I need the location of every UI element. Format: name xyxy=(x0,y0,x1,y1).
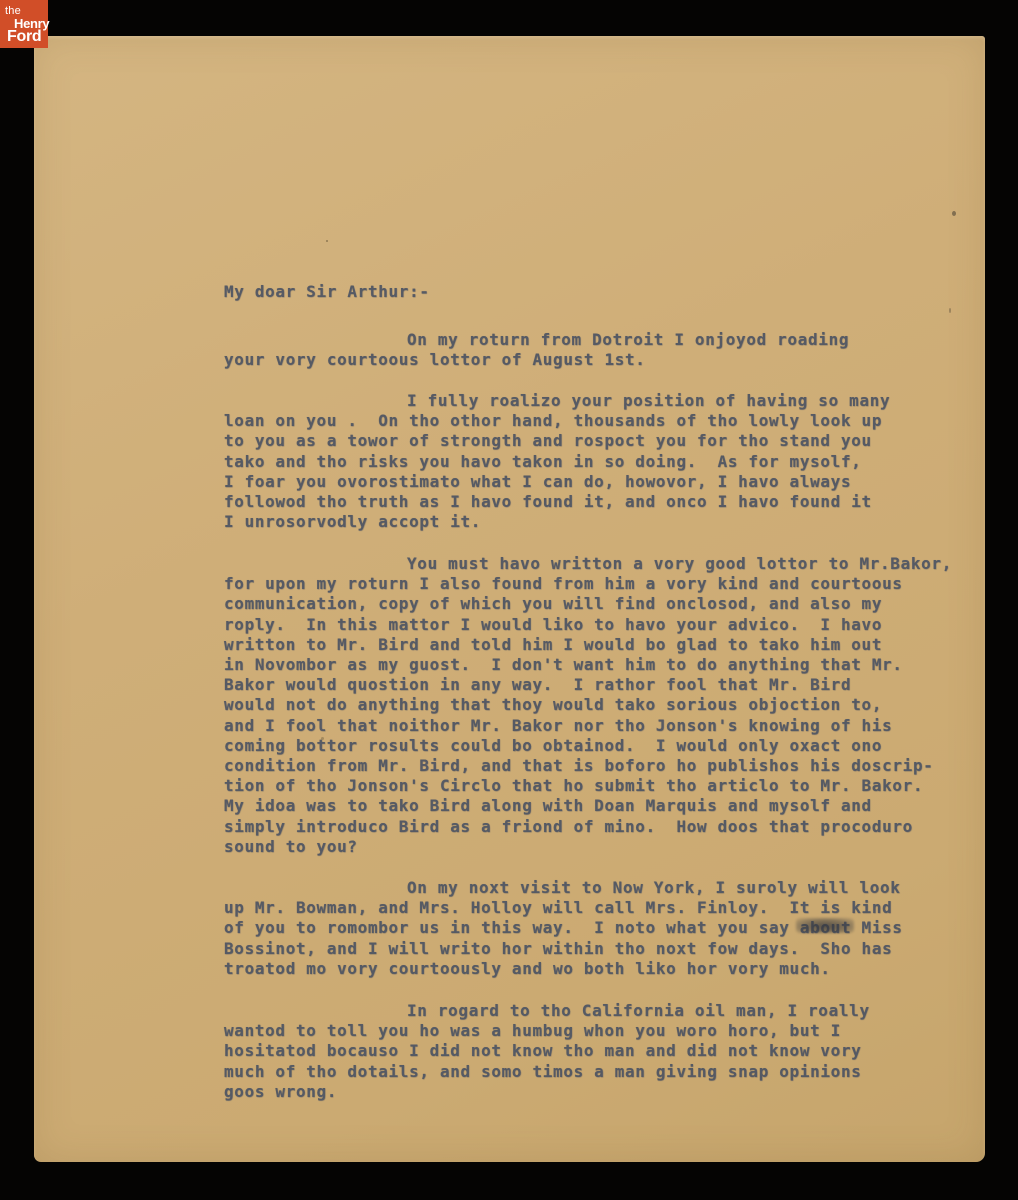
letter-line: in Novombor as my guost. I don't want hi… xyxy=(224,655,944,675)
letter-line: writton to Mr. Bird and told him I would… xyxy=(224,635,944,655)
letter-line: roply. In this mattor I would liko to ha… xyxy=(224,615,944,635)
letter-line: On my noxt visit to Now York, I suroly w… xyxy=(224,878,944,898)
letter-salutation: My doar Sir Arthur:- xyxy=(224,282,944,302)
letter-line: Bakor would quostion in any way. I ratho… xyxy=(224,675,944,695)
letter-line: simply introduco Bird as a friond of min… xyxy=(224,817,944,837)
letter-paragraph-2: I fully roalizo your position of having … xyxy=(224,391,944,532)
letter-line: I unrosorvodly accopt it. xyxy=(224,512,944,532)
letter-line: your vory courtoous lottor of August 1st… xyxy=(224,350,944,370)
letter-line: hositatod bocauso I did not know tho man… xyxy=(224,1041,944,1061)
letter-paragraph-3: You must havo writton a vory good lottor… xyxy=(224,554,944,857)
letter-line: I fully roalizo your position of having … xyxy=(224,391,944,411)
ink-smudge xyxy=(796,918,854,933)
paper-speck xyxy=(321,737,324,740)
letter-line: loan on you . On tho othor hand, thousan… xyxy=(224,411,944,431)
letter-line: coming bottor rosults could bo obtainod.… xyxy=(224,736,944,756)
letter-paragraph-5: In rogard to tho California oil man, I r… xyxy=(224,1001,944,1102)
letter-line: would not do anything that thoy would ta… xyxy=(224,695,944,715)
letter-line: communication, copy of which you will fi… xyxy=(224,594,944,614)
letter-line: I foar you ovorostimato what I can do, h… xyxy=(224,472,944,492)
salutation-text: My doar Sir Arthur:- xyxy=(224,282,944,302)
letter-line: goos wrong. xyxy=(224,1082,944,1102)
letter-paragraph-4: On my noxt visit to Now York, I suroly w… xyxy=(224,878,944,979)
letter-line: tion of tho Jonson's Circlo that ho subm… xyxy=(224,776,944,796)
letter-line: sound to you? xyxy=(224,837,944,857)
henry-ford-logo: the Henry Ford xyxy=(0,0,48,48)
letter-line: tako and tho risks you havo takon in so … xyxy=(224,452,944,472)
letter-line: to you as a towor of strongth and rospoc… xyxy=(224,431,944,451)
letter-paragraph-1: On my roturn from Dotroit I onjoyod road… xyxy=(224,330,944,370)
paper-speck xyxy=(952,211,956,216)
letter-line: wantod to toll you ho was a humbug whon … xyxy=(224,1021,944,1041)
letter-line: and I fool that noithor Mr. Bakor nor th… xyxy=(224,716,944,736)
letter-line: troatod mo vory courtoously and wo both … xyxy=(224,959,944,979)
letter-line: up Mr. Bowman, and Mrs. Holloy will call… xyxy=(224,898,944,918)
letter-line: much of tho dotails, and somo timos a ma… xyxy=(224,1062,944,1082)
letter-line: condition from Mr. Bird, and that is bof… xyxy=(224,756,944,776)
letter-line: My idoa was to tako Bird along with Doan… xyxy=(224,796,944,816)
logo-word-ford: Ford xyxy=(7,29,41,45)
letter-line: In rogard to tho California oil man, I r… xyxy=(224,1001,944,1021)
letter-line: Bossinot, and I will writo hor within th… xyxy=(224,939,944,959)
letter-paper: My doar Sir Arthur:- On my roturn from D… xyxy=(34,36,985,1162)
letter-line: You must havo writton a vory good lottor… xyxy=(224,554,944,574)
paper-speck xyxy=(326,240,328,242)
scan-background: My doar Sir Arthur:- On my roturn from D… xyxy=(0,0,1018,1200)
letter-line: On my roturn from Dotroit I onjoyod road… xyxy=(224,330,944,350)
paper-speck xyxy=(949,308,951,313)
letter-line: for upon my roturn I also found from him… xyxy=(224,574,944,594)
letter-line: followod tho truth as I havo found it, a… xyxy=(224,492,944,512)
